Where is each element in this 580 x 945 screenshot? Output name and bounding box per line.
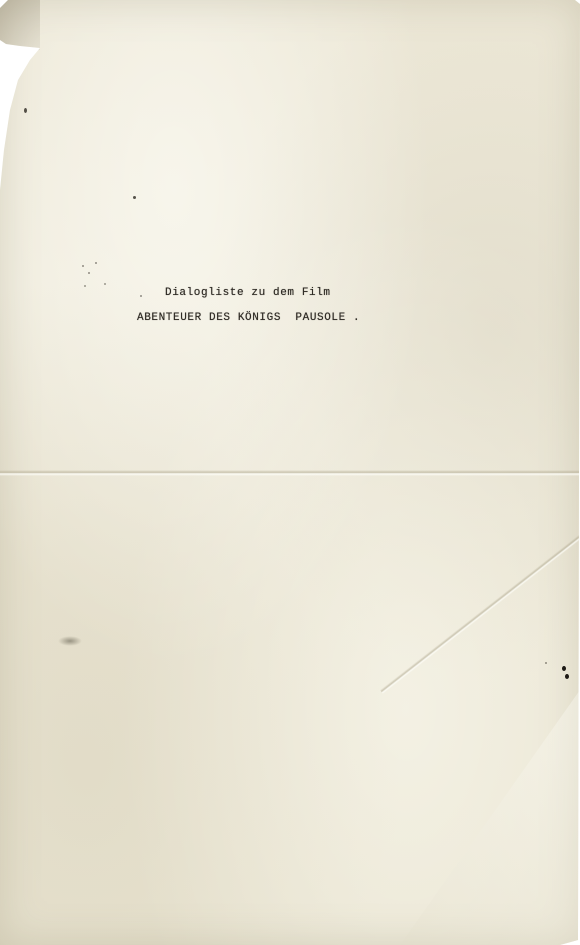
ink-mark — [565, 674, 569, 679]
ink-speck — [545, 662, 547, 664]
document-title: ABENTEUER DES KÖNIGS PAUSOLE . — [137, 312, 360, 324]
ink-speck — [88, 272, 90, 274]
torn-corner — [0, 0, 60, 60]
smudge — [58, 636, 82, 646]
ink-speck — [24, 108, 27, 113]
ink-speck — [140, 295, 142, 297]
ink-speck — [104, 283, 106, 285]
horizontal-fold-crease — [0, 470, 580, 476]
ink-speck — [133, 196, 136, 199]
ink-mark — [562, 666, 566, 671]
folded-corner — [400, 690, 580, 945]
document-subtitle: Dialogliste zu dem Film — [165, 287, 331, 299]
paper-sheet: Dialogliste zu dem Film ABENTEUER DES KÖ… — [0, 0, 580, 945]
ink-speck — [84, 285, 86, 287]
ink-speck — [95, 262, 97, 264]
ink-speck — [82, 265, 84, 267]
